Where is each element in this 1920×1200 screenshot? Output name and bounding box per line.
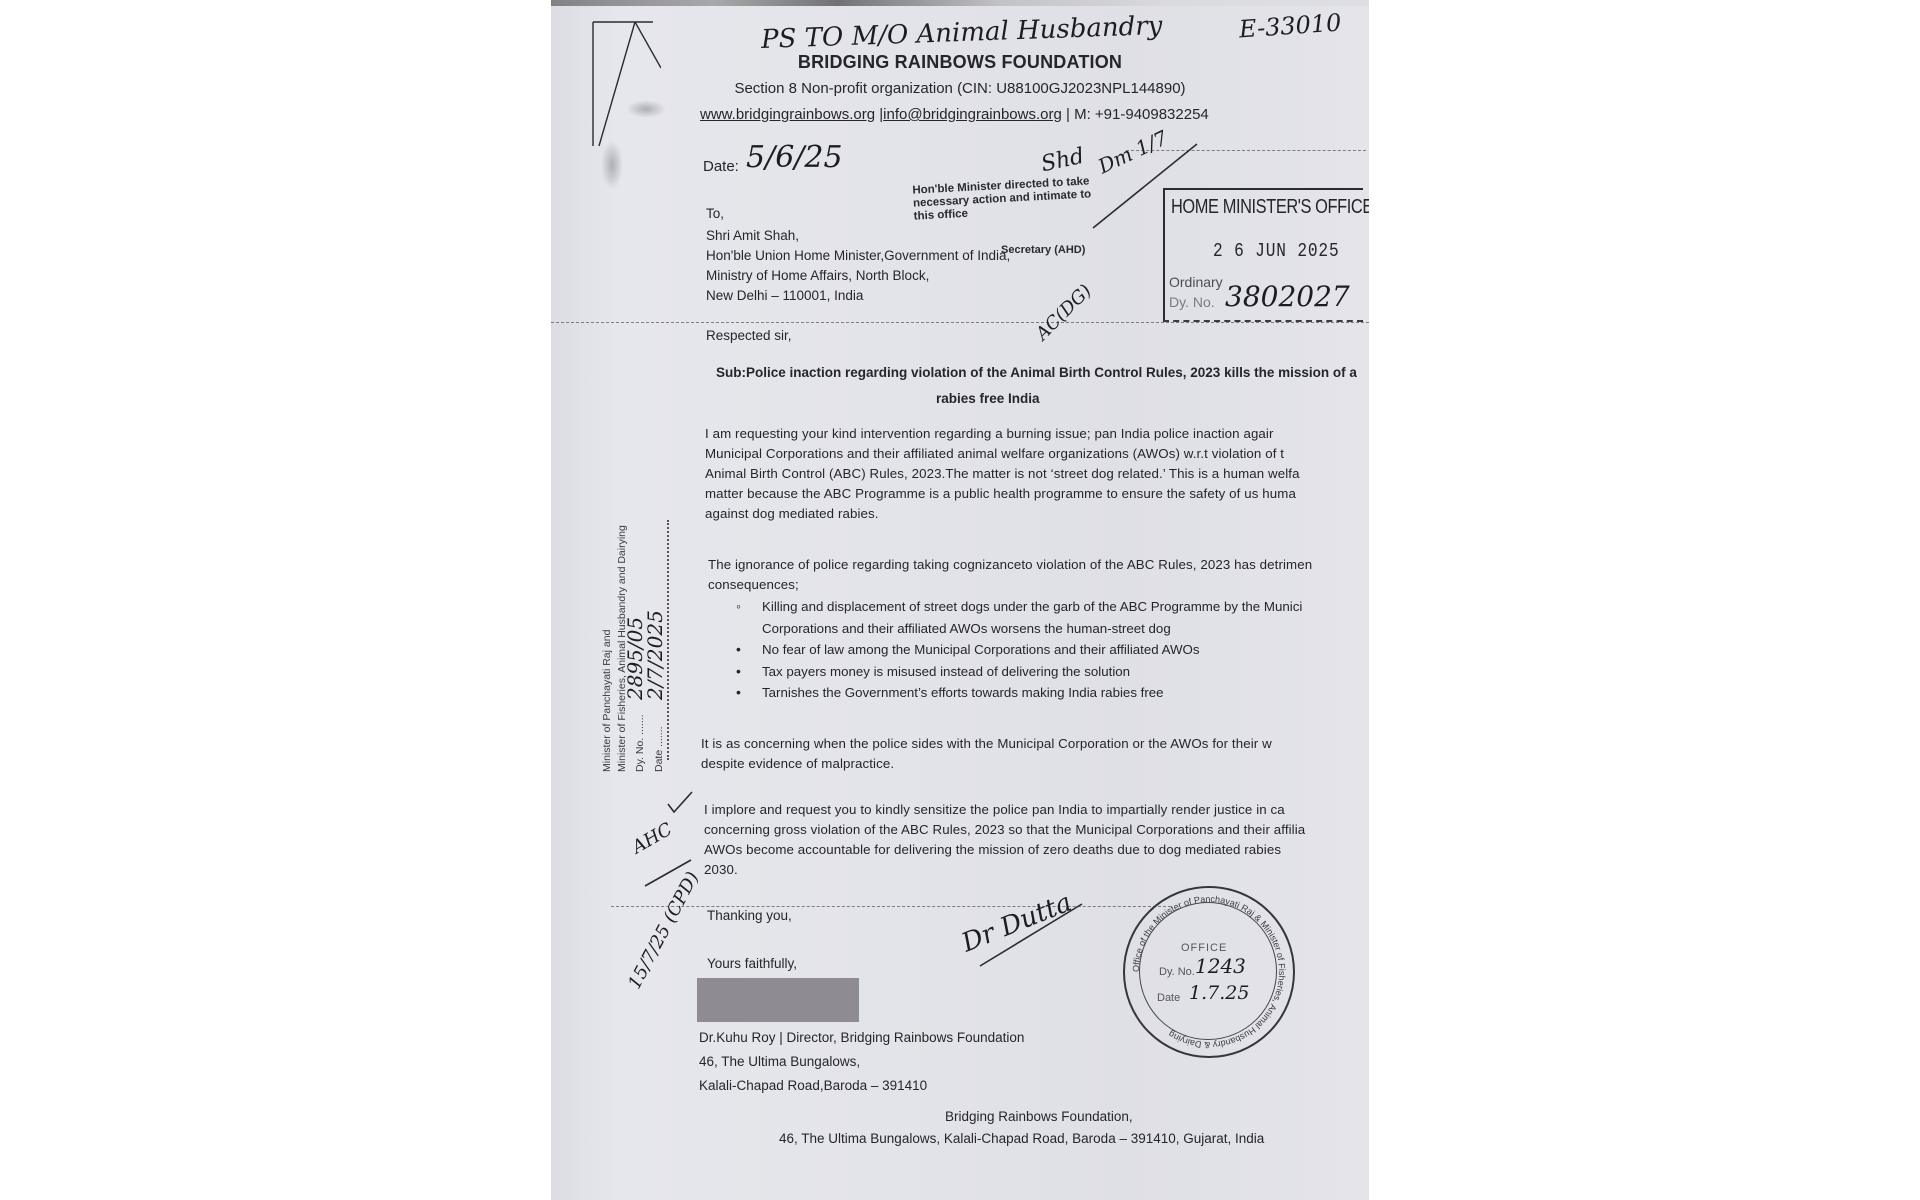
seal-dy-label: Dy. No. <box>1159 966 1195 978</box>
text-line: No fear of law among the Municipal Corpo… <box>762 639 1302 661</box>
website-link[interactable]: www.bridgingrainbows.org <box>700 106 875 123</box>
handwritten-file-ref: E-33010 <box>1238 8 1342 43</box>
text-line: Killing and displacement of street dogs … <box>762 596 1302 618</box>
addressee-line: Hon'ble Union Home Minister,Government o… <box>706 246 1010 266</box>
addressee-line: New Delhi – 110001, India <box>706 286 1010 306</box>
handwritten-initials: Shd <box>1039 144 1087 177</box>
footer-org: Bridging Rainbows Foundation, <box>551 1106 1369 1128</box>
text-line: Corporations and their affiliated AWOs w… <box>762 618 1302 640</box>
stamp-title: HOME MINISTER'S OFFICE <box>1171 196 1369 219</box>
footer-address: 46, The Ultima Bungalows, Kalali-Chapad … <box>551 1128 1369 1150</box>
signer-block: Dr.Kuhu Roy | Director, Bridging Rainbow… <box>699 1026 1024 1098</box>
text-line: Tax payers money is misused instead of d… <box>762 661 1302 683</box>
ink-smudge <box>626 100 666 118</box>
contact-separator: | <box>875 106 883 123</box>
letterhead-contact: www.bridgingrainbows.org |info@bridgingr… <box>700 106 1209 123</box>
text-line: Tarnishes the Government’s efforts towar… <box>762 682 1302 704</box>
signer-line: Dr.Kuhu Roy | Director, Bridging Rainbow… <box>699 1026 1024 1050</box>
signer-line: 46, The Ultima Bungalows, <box>699 1050 1024 1074</box>
text-line: I am requesting your kind intervention r… <box>705 424 1300 444</box>
handwritten-date: 5/6/25 <box>746 140 843 175</box>
margin-stamp-date-label: Date ....... <box>653 726 665 772</box>
text-line: despite evidence of malpractice. <box>701 754 1272 774</box>
checkmark-icon <box>666 790 694 814</box>
seal-dy-number: 1243 <box>1195 954 1246 978</box>
dotted-rule <box>667 520 669 760</box>
text-line: matter because the ABC Programme is a pu… <box>705 484 1300 504</box>
handwritten-routing-note: PS TO M/O Animal Husbandry <box>761 11 1163 55</box>
text-line: Municipal Corporations and their affilia… <box>705 444 1300 464</box>
date-label: Date: <box>703 158 739 175</box>
stamp-dy-number: 3802027 <box>1225 280 1350 313</box>
handwritten-marking: AC(DG) <box>1032 280 1096 344</box>
minister-office-seal: Office of the Minister of Panchayati Raj… <box>1123 886 1295 1058</box>
list-item: No fear of law among the Municipal Corpo… <box>736 639 1302 661</box>
ministry-margin-stamp: Minister of Panchayati Raj and Minister … <box>563 520 683 780</box>
text-line: The ignorance of police regarding taking… <box>708 555 1312 575</box>
fold-line <box>1126 150 1366 151</box>
addressee-line: Shri Amit Shah, <box>706 226 1010 246</box>
greeting: Respected sir, <box>706 328 792 343</box>
letterhead-subtitle: Section 8 Non-profit organization (CIN: … <box>551 80 1369 97</box>
ink-smudge <box>601 140 623 190</box>
seal-office-label: OFFICE <box>1181 942 1227 954</box>
home-minister-office-stamp: HOME MINISTER'S OFFICE 2 6 JUN 2025 Ordi… <box>1163 188 1363 322</box>
subject-line: Sub:Police inaction regarding violation … <box>551 360 1369 412</box>
paragraph-intervention-request: I am requesting your kind intervention r… <box>705 424 1300 524</box>
email-link[interactable]: info@bridgingrainbows.org <box>883 106 1062 123</box>
text-line: I implore and request you to kindly sens… <box>704 800 1305 820</box>
stamp-dy-label: Dy. No. <box>1169 294 1215 310</box>
list-item: Tarnishes the Government’s efforts towar… <box>736 682 1302 704</box>
subject-line-1: Sub:Police inaction regarding violation … <box>716 365 1357 380</box>
text-line: consequences; <box>708 575 1312 595</box>
fold-line <box>611 906 1171 907</box>
text-line: concerning gross violation of the ABC Ru… <box>704 820 1305 840</box>
text-line: AWOs become accountable for delivering t… <box>704 840 1305 860</box>
text-line: Animal Birth Control (ABC) Rules, 2023.T… <box>705 464 1300 484</box>
seal-date-value: 1.7.25 <box>1189 982 1249 1004</box>
margin-stamp-date-value: 2/7/2025 <box>643 610 667 700</box>
signer-line: Kalali-Chapad Road,Baroda – 391410 <box>699 1074 1024 1098</box>
consequences-list: Killing and displacement of street dogs … <box>736 596 1302 704</box>
text-line: It is as concerning when the police side… <box>701 734 1272 754</box>
sign-off: Yours faithfully, <box>707 956 797 971</box>
handwritten-ahc-note: AHC <box>629 819 676 858</box>
margin-stamp-dy-label: Dy. No. ....... <box>634 714 646 772</box>
addressee-block: To, Shri Amit Shah, Hon'ble Union Home M… <box>706 204 1010 306</box>
stamp-date: 2 6 JUN 2025 <box>1213 240 1340 262</box>
paragraph-police-sides: It is as concerning when the police side… <box>701 734 1272 774</box>
letter-footer: Bridging Rainbows Foundation, 46, The Ul… <box>551 1106 1369 1150</box>
pen-stroke <box>976 900 1086 970</box>
secretary-stamp: Secretary (AHD) <box>1001 244 1085 256</box>
redacted-signature <box>697 978 859 1022</box>
addressee-line: Ministry of Home Affairs, North Block, <box>706 266 1010 286</box>
list-item: Tax payers money is misused instead of d… <box>736 661 1302 683</box>
margin-stamp-line: Minister of Panchayati Raj and <box>601 630 613 772</box>
fold-line <box>551 322 1369 323</box>
text-line: against dog mediated rabies. <box>705 504 1300 524</box>
paragraph-implore: I implore and request you to kindly sens… <box>704 800 1305 880</box>
phone-number: | M: +91-9409832254 <box>1066 106 1209 123</box>
closing-thanks: Thanking you, <box>707 908 792 923</box>
scanned-letter: PS TO M/O Animal Husbandry E-33010 BRIDG… <box>551 0 1369 1200</box>
stamp-category: Ordinary <box>1169 274 1223 290</box>
subject-line-2: rabies free India <box>716 386 1369 412</box>
paragraph-consequences: The ignorance of police regarding taking… <box>708 555 1312 595</box>
seal-date-label: Date <box>1157 992 1180 1004</box>
text-line: 2030. <box>704 860 1305 880</box>
to-label: To, <box>706 204 1010 224</box>
list-item: Killing and displacement of street dogs … <box>736 596 1302 639</box>
letterhead-org-name: BRIDGING RAINBOWS FOUNDATION <box>551 52 1369 73</box>
